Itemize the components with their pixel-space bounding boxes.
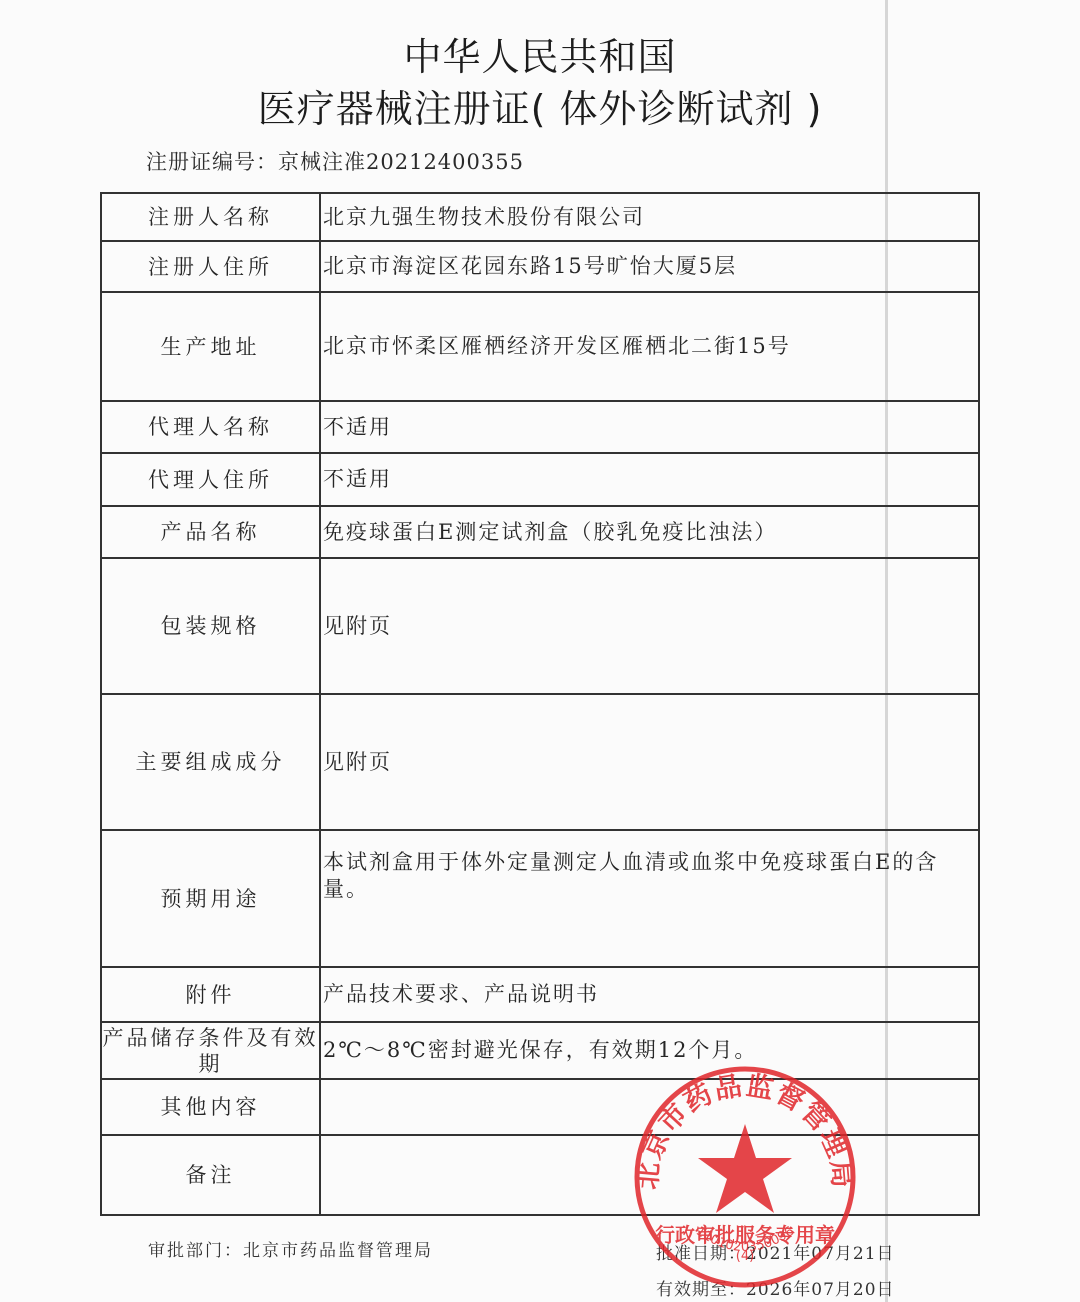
row-label: 包装规格 <box>101 558 320 694</box>
row-label: 代理人名称 <box>101 401 320 453</box>
row-value: 2℃～8℃密封避光保存，有效期12个月。 <box>320 1022 979 1079</box>
row-label: 其他内容 <box>101 1079 320 1135</box>
row-label: 预期用途 <box>101 830 320 967</box>
row-value <box>320 1079 979 1135</box>
approval-date: 批准日期：2021年07月21日 <box>656 1236 895 1272</box>
table-row: 产品储存条件及有效期 2℃～8℃密封避光保存，有效期12个月。 <box>101 1022 979 1079</box>
table-row: 代理人住所 不适用 <box>101 453 979 506</box>
row-label: 代理人住所 <box>101 453 320 506</box>
certificate-dates: 批准日期：2021年07月21日 有效期至：2026年07月20日 <box>656 1236 895 1302</box>
row-value: 见附页 <box>320 558 979 694</box>
table-row: 注册人名称 北京九强生物技术股份有限公司 <box>101 193 979 241</box>
row-value: 北京市怀柔区雁栖经济开发区雁栖北二街15号 <box>320 292 979 401</box>
row-value: 见附页 <box>320 694 979 830</box>
table-row: 产品名称 免疫球蛋白E测定试剂盒（胶乳免疫比浊法） <box>101 506 979 558</box>
row-value: 北京九强生物技术股份有限公司 <box>320 193 979 241</box>
row-value: 免疫球蛋白E测定试剂盒（胶乳免疫比浊法） <box>320 506 979 558</box>
table-row: 包装规格 见附页 <box>101 558 979 694</box>
table-row: 附件 产品技术要求、产品说明书 <box>101 967 979 1022</box>
expiry-date-value: 2026年07月20日 <box>746 1280 895 1300</box>
table-row: 预期用途 本试剂盒用于体外定量测定人血清或血浆中免疫球蛋白E的含量。 <box>101 830 979 967</box>
row-label: 产品名称 <box>101 506 320 558</box>
approval-date-value: 2021年07月21日 <box>746 1244 895 1264</box>
table-row: 主要组成成分 见附页 <box>101 694 979 830</box>
expiry-date-label: 有效期至： <box>656 1280 746 1300</box>
approval-date-label: 批准日期： <box>656 1244 746 1264</box>
row-label: 附件 <box>101 967 320 1022</box>
approver-label: 审批部门： <box>148 1241 243 1261</box>
row-value: 不适用 <box>320 401 979 453</box>
expiry-date: 有效期至：2026年07月20日 <box>656 1272 895 1302</box>
row-value: 本试剂盒用于体外定量测定人血清或血浆中免疫球蛋白E的含量。 <box>320 830 979 967</box>
row-label: 备注 <box>101 1135 320 1215</box>
table-row: 注册人住所 北京市海淀区花园东路15号旷怡大厦5层 <box>101 241 979 292</box>
row-label: 主要组成成分 <box>101 694 320 830</box>
row-value: 产品技术要求、产品说明书 <box>320 967 979 1022</box>
registration-number-value: 京械注准20212400355 <box>278 150 524 174</box>
certificate-table: 注册人名称 北京九强生物技术股份有限公司 注册人住所 北京市海淀区花园东路15号… <box>100 192 980 1216</box>
approver-value: 北京市药品监督管理局 <box>243 1241 433 1261</box>
table-row: 备注 <box>101 1135 979 1215</box>
row-label: 生产地址 <box>101 292 320 401</box>
table-row: 代理人名称 不适用 <box>101 401 979 453</box>
table-row: 其他内容 <box>101 1079 979 1135</box>
registration-number: 注册证编号：京械注准20212400355 <box>146 146 524 176</box>
row-value: 北京市海淀区花园东路15号旷怡大厦5层 <box>320 241 979 292</box>
approving-department: 审批部门：北京市药品监督管理局 <box>148 1236 433 1261</box>
row-value <box>320 1135 979 1215</box>
row-label: 产品储存条件及有效期 <box>101 1022 320 1079</box>
row-value: 不适用 <box>320 453 979 506</box>
row-label: 注册人住所 <box>101 241 320 292</box>
registration-number-label: 注册证编号： <box>146 150 278 174</box>
table-row: 生产地址 北京市怀柔区雁栖经济开发区雁栖北二街15号 <box>101 292 979 401</box>
row-label: 注册人名称 <box>101 193 320 241</box>
document-title: 医疗器械注册证( 体外诊断试剂 ) <box>0 78 1080 133</box>
document-title-country: 中华人民共和国 <box>0 26 1080 81</box>
